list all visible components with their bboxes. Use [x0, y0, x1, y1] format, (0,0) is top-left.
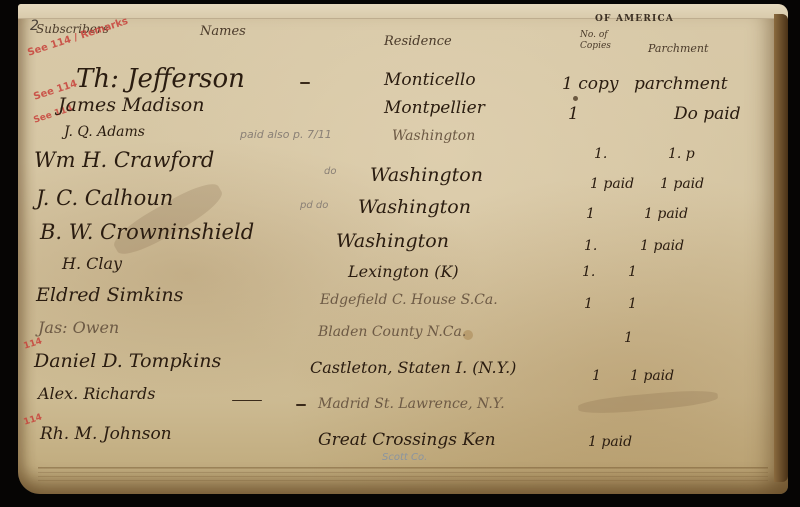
copies: 1 copy [562, 74, 618, 94]
residence: Montpellier [384, 98, 485, 118]
printed-header: OF AMERICA [595, 14, 674, 24]
subscriber-name: Rh. M. Johnson [40, 424, 172, 444]
subscriber-name: Jas: Owen [38, 318, 119, 337]
parchment: 1 [628, 264, 637, 280]
water-stain [578, 388, 719, 416]
residence: Great Crossings Ken [318, 430, 496, 450]
pencil-note: paid also p. 7/11 [240, 128, 332, 141]
residence: Washington [370, 164, 483, 186]
copies: 1 [584, 296, 593, 312]
pencil-note: Scott Co. [382, 452, 427, 463]
copies: 1. [582, 264, 595, 280]
dash [232, 400, 262, 401]
copies: 1 [592, 368, 601, 384]
residence: Lexington (K) [348, 262, 459, 281]
subscriber-name: B. W. Crowninshield [40, 220, 254, 244]
pencil-note: do [324, 166, 336, 177]
residence: Castleton, Staten I. (N.Y.) [310, 358, 516, 377]
dash [300, 82, 310, 84]
copies: 1 [568, 104, 579, 124]
subscriber-name: H. Clay [62, 254, 122, 273]
subscriber-name: Eldred Simkins [36, 284, 183, 306]
residence: Madrid St. Lawrence, N.Y. [318, 396, 505, 412]
subscriber-name: J. Q. Adams [64, 124, 145, 140]
parchment: 1 [624, 330, 633, 346]
residence: Washington [392, 128, 475, 144]
dash [296, 404, 306, 406]
book-spine-edge [774, 14, 788, 482]
subscriber-name: Wm H. Crawford [34, 148, 214, 172]
copies: 1 [586, 206, 595, 222]
parchment: 1 paid [644, 206, 688, 222]
residence: Monticello [384, 70, 476, 90]
copies: 1. [584, 238, 597, 254]
pencil-note: pd do [300, 200, 328, 211]
parchment: 1. p [668, 146, 695, 162]
residence: Washington [358, 196, 471, 218]
subscriber-name: Th: Jefferson [76, 64, 245, 94]
parchment: 1 paid [630, 368, 674, 384]
ink-dot [573, 96, 578, 101]
subscriber-name: Daniel D. Tompkins [34, 350, 221, 372]
residence: Washington [336, 230, 449, 252]
parchment: parchment [634, 74, 728, 94]
column-header-residence: Residence [384, 34, 452, 49]
page-number: 2 [30, 18, 39, 34]
page-stack-edges [38, 467, 768, 484]
column-header-parchment: Parchment [648, 42, 708, 55]
column-header-copies: No. of Copies [580, 30, 616, 52]
subscriber-name: J. C. Calhoun [36, 186, 173, 210]
parchment: 1 paid [640, 238, 684, 254]
parchment: 1 [628, 296, 637, 312]
subscriber-name: James Madison [58, 94, 204, 116]
copies: 1 paid [590, 176, 634, 192]
residence: Edgefield C. House S.Ca. [320, 292, 498, 308]
copies: 1. [594, 146, 607, 162]
column-header-names: Names [200, 24, 246, 39]
copies: 1 paid [588, 434, 632, 450]
parchment: 1 paid [660, 176, 704, 192]
subscriber-name: Alex. Richards [38, 384, 155, 403]
parchment: Do paid [674, 104, 741, 124]
residence: Bladen County N.Ca. [318, 324, 466, 340]
